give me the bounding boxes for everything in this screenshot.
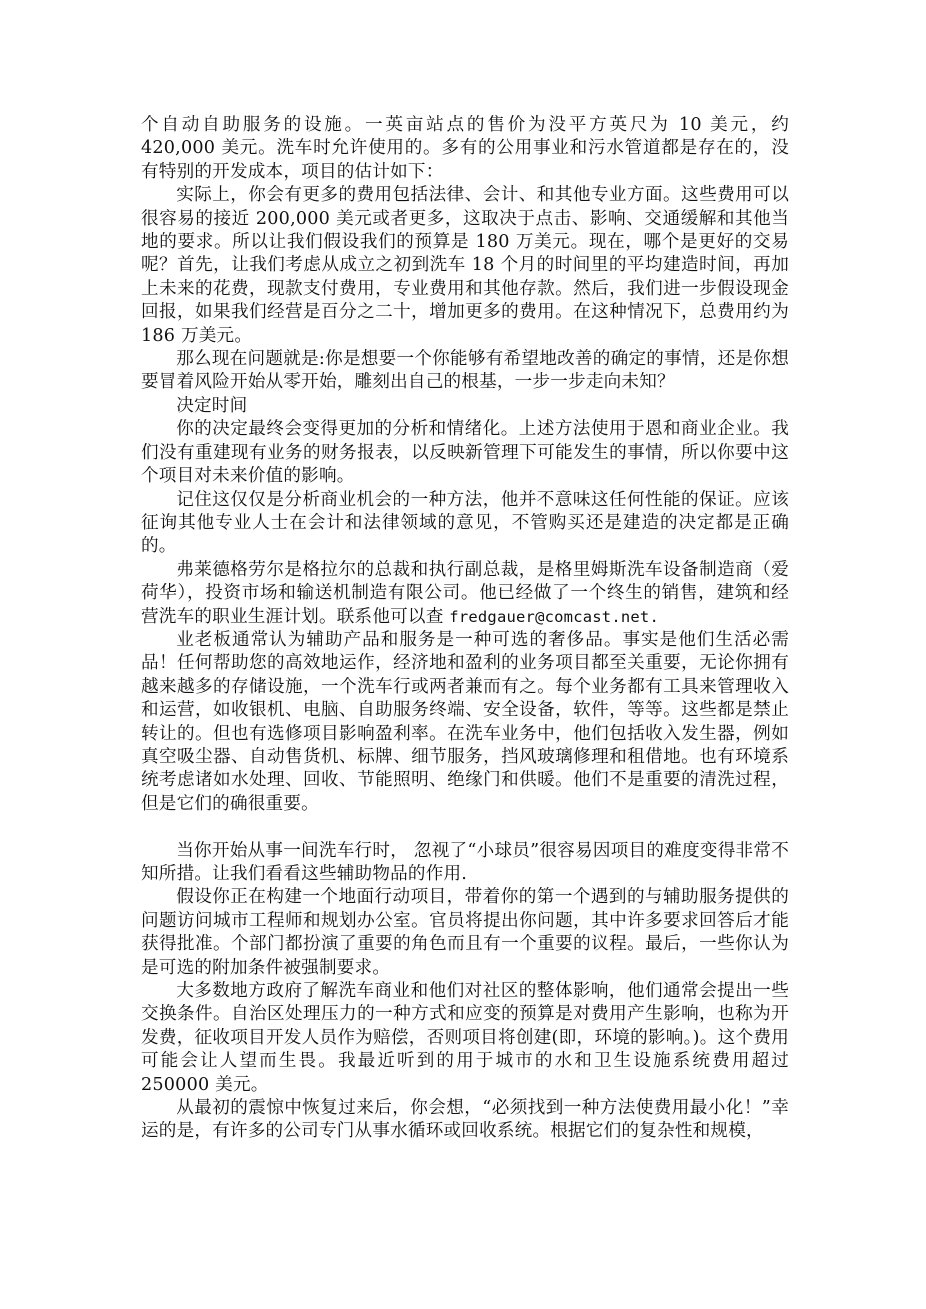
- paragraph-question: 那么现在问题就是:你是想要一个你能够有希望地改善的确定的事情，还是你想要冒着风险…: [141, 348, 789, 395]
- paragraph-impact-fees: 大多数地方政府了解洗车商业和他们对社区的整体影响，他们通常会提出一些交换条件。自…: [141, 980, 789, 1097]
- paragraph-author-bio: 弗莱德格劳尔是格拉尔的总裁和执行副总裁，是格里姆斯洗车设备制造商（爱荷华），投资…: [141, 559, 789, 629]
- paragraph-site-cost: 个自动自助服务的设施。一英亩站点的售价为没平方英尺为 10 美元，约 420,0…: [141, 114, 789, 184]
- paragraph-water-reclaim: 从最初的震惊中恢复过来后，你会想，“必须找到一种方法使费用最小化！”幸运的是，有…: [141, 1097, 789, 1144]
- document-page: 个自动自助服务的设施。一英亩站点的售价为没平方英尺为 10 美元，约 420,0…: [141, 114, 789, 1144]
- paragraph-city-approval: 假设你正在构建一个地面行动项目，带着你的第一个遇到的与辅助服务提供的问题访问城市…: [141, 886, 789, 980]
- section-heading-decision-time: 决定时间: [141, 395, 789, 418]
- author-email: fredgauer@comcast.net.: [449, 608, 659, 626]
- paragraph-decision: 你的决定最终会变得更加的分析和情绪化。上述方法使用于恩和商业企业。我们没有重建现…: [141, 418, 789, 488]
- paragraph-small-players: 当你开始从事一间洗车行时， 忽视了“小球员”很容易因项目的难度变得非常不知所措。…: [141, 840, 789, 887]
- paragraph-ancillary-products: 业老板通常认为辅助产品和服务是一种可选的奢侈品。事实是他们生活必需品！任何帮助您…: [141, 629, 789, 816]
- paragraph-additional-fees: 实际上，你会有更多的费用包括法律、会计、和其他专业方面。这些费用可以很容易的接近…: [141, 184, 789, 348]
- blank-line: [141, 816, 789, 839]
- paragraph-disclaimer: 记住这仅仅是分析商业机会的一种方法，他并不意味这任何性能的保证。应该征询其他专业…: [141, 489, 789, 559]
